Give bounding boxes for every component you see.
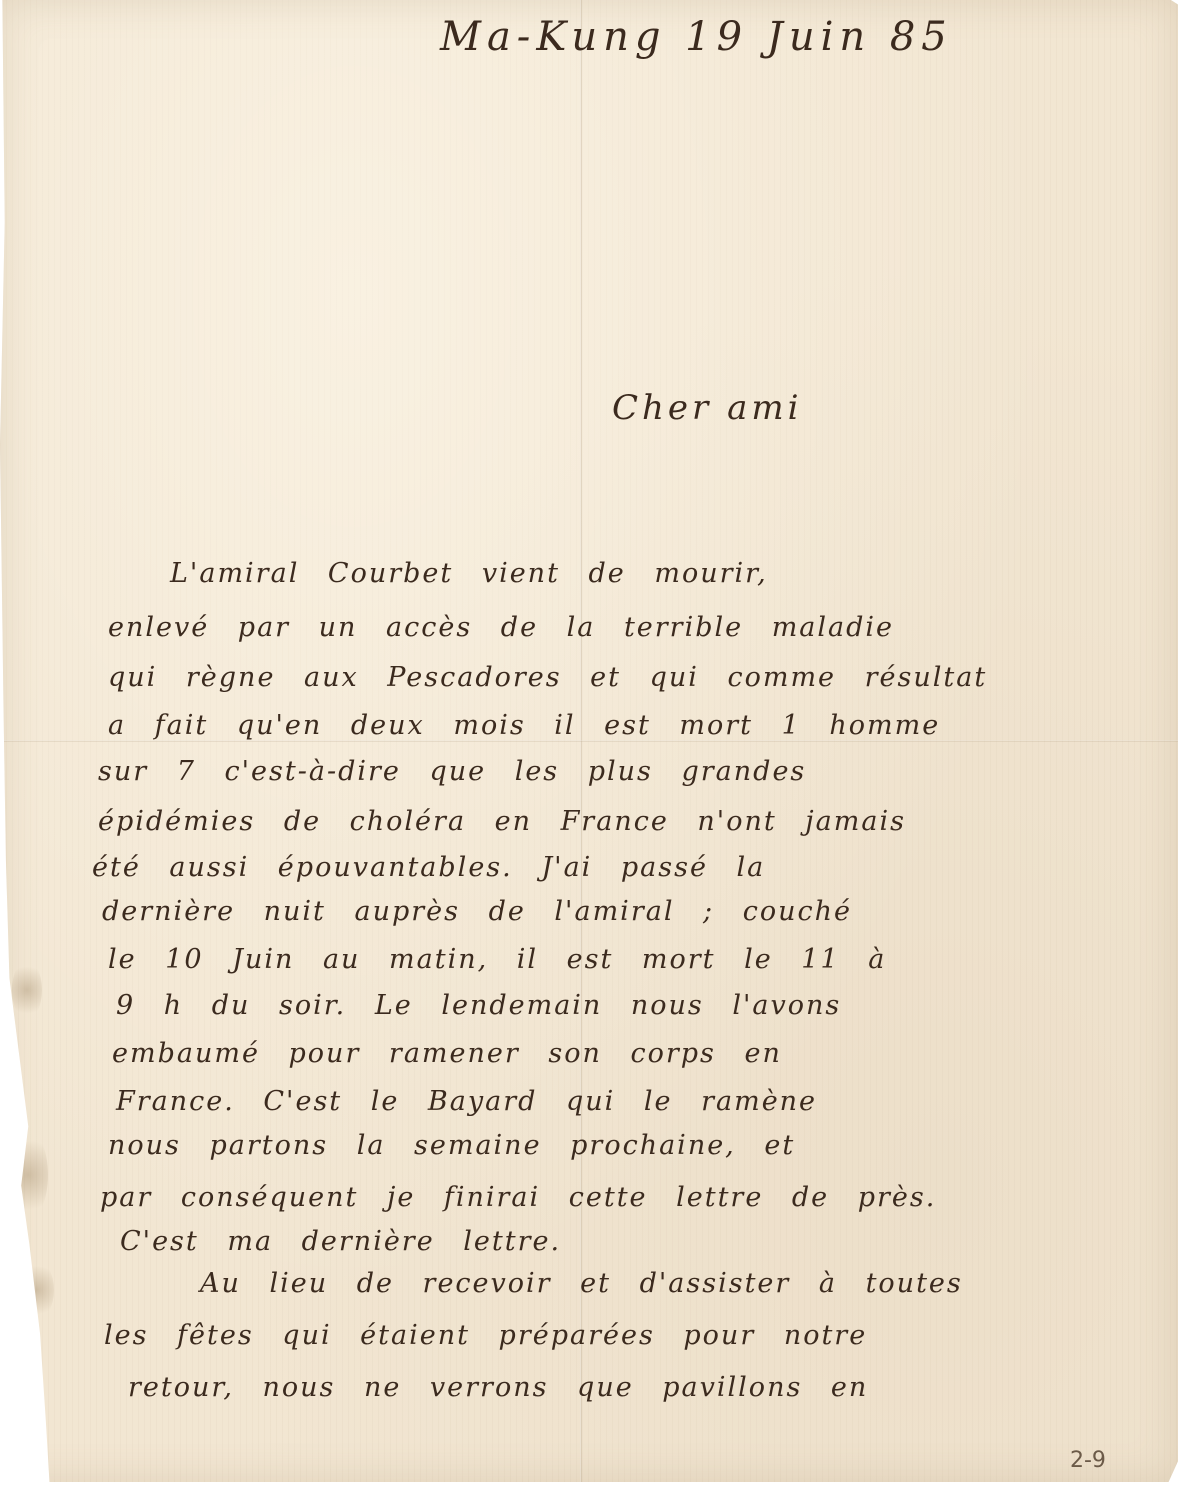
letter-line: Au lieu de recevoir et d'assister à tout…	[200, 1268, 963, 1299]
letter-line: épidémies de choléra en France n'ont jam…	[98, 806, 906, 837]
letter-line: le 10 Juin au matin, il est mort le 11 à	[108, 944, 886, 975]
letter-line: les fêtes qui étaient préparées pour not…	[104, 1320, 867, 1351]
letter-page: Ma-Kung 19 Juin 85 Cher ami L'amiral Cou…	[0, 0, 1178, 1482]
letter-line: été aussi épouvantables. J'ai passé la	[92, 852, 765, 883]
letter-line: C'est ma dernière lettre.	[120, 1226, 561, 1257]
letter-line: enlevé par un accès de la terrible malad…	[108, 612, 894, 643]
letter-line: 9 h du soir. Le lendemain nous l'avons	[116, 990, 841, 1021]
letter-line: qui règne aux Pescadores et qui comme ré…	[108, 662, 987, 693]
paper-stain	[12, 960, 42, 1020]
letter-line: nous partons la semaine prochaine, et	[108, 1130, 795, 1161]
letter-salutation: Cher ami	[612, 388, 802, 428]
paper-stain	[8, 1130, 48, 1220]
letter-line: a fait qu'en deux mois il est mort 1 hom…	[108, 710, 940, 741]
letter-line: L'amiral Courbet vient de mourir,	[170, 558, 768, 589]
letter-line: embaumé pour ramener son corps en	[112, 1038, 782, 1069]
paper-stain	[20, 1260, 54, 1320]
letter-line: dernière nuit auprès de l'amiral ; couch…	[102, 896, 852, 927]
letter-line: sur 7 c'est-à-dire que les plus grandes	[98, 756, 806, 787]
letter-line: par conséquent je finirai cette lettre d…	[100, 1182, 936, 1213]
letter-dateline: Ma-Kung 19 Juin 85	[440, 14, 953, 60]
letter-line: retour, nous ne verrons que pavillons en	[128, 1372, 868, 1403]
archive-reference-mark: 2-9	[1070, 1448, 1106, 1473]
letter-line: France. C'est le Bayard qui le ramène	[116, 1086, 817, 1117]
